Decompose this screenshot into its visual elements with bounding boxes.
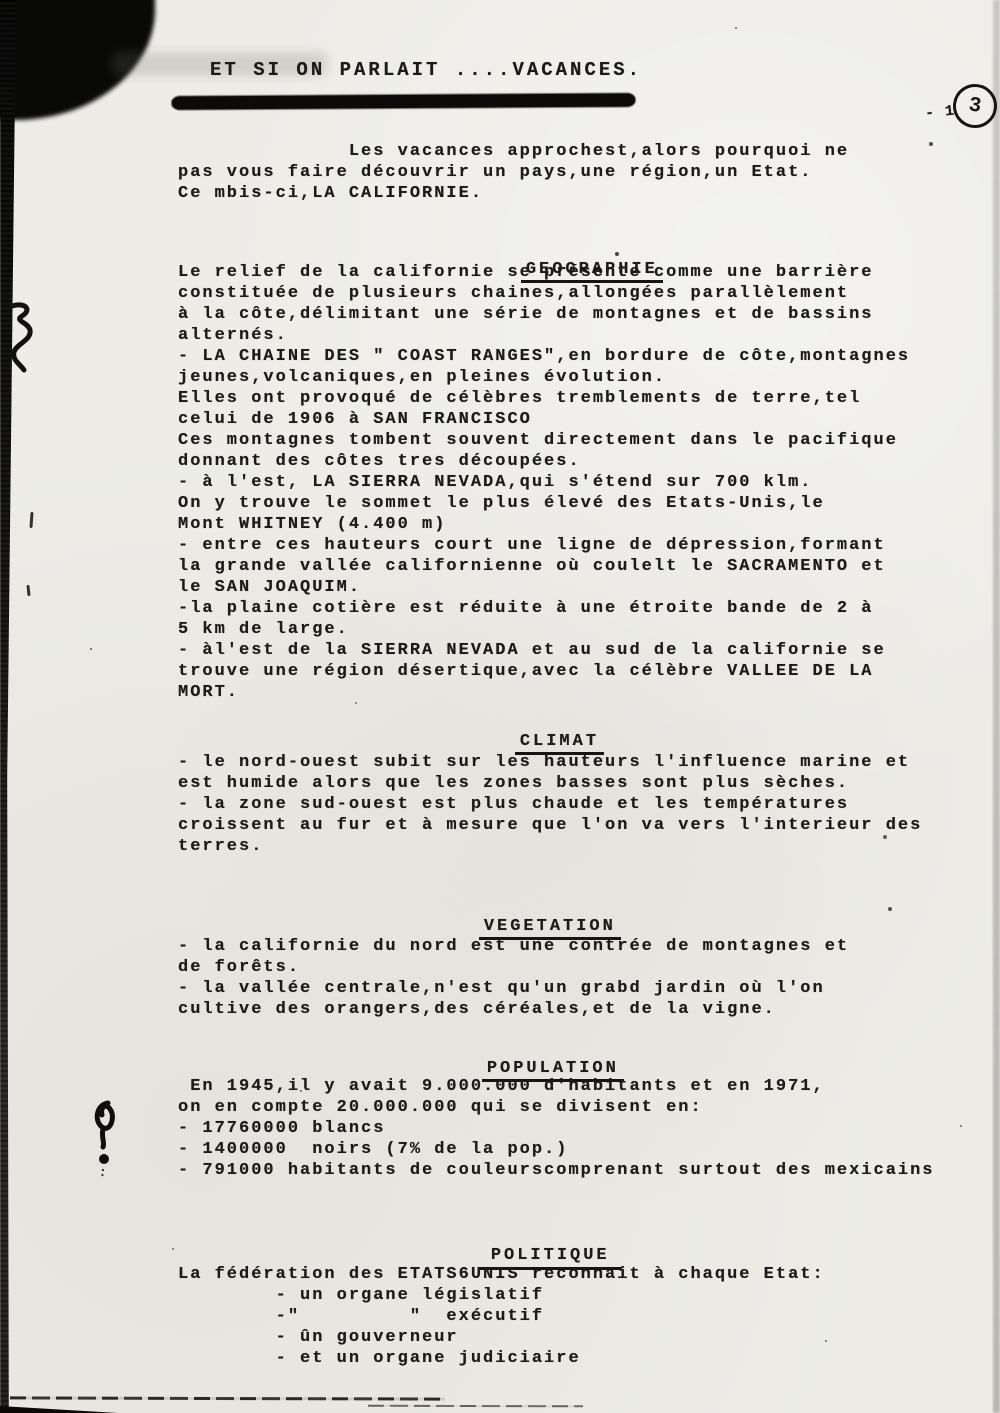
text-line: Mont WHITNEY (4.400 m) — [178, 514, 910, 535]
text-line: Ce mbis-ci,LA CALIFORNIE. — [178, 183, 849, 204]
margin-tick-mark — [26, 585, 30, 596]
text-line: celui de 1906 à SAN FRANCISCO — [178, 409, 910, 430]
text-line: 5 km de large. — [178, 619, 910, 640]
text-line: trouve une région désertique,avec la cél… — [178, 661, 910, 682]
document-title: ET SI ON PARLAIT ....VACANCES. — [210, 60, 642, 81]
text-line: - la californie du nord est une contrée … — [178, 936, 849, 957]
text-line: - 1400000 noirs (7% de la pop.) — [178, 1139, 935, 1160]
text-line: pas vous faire découvrir un pays,une rég… — [178, 162, 849, 183]
text-line: -la plaine cotière est réduite à une étr… — [178, 598, 910, 619]
handwritten-margin-mark — [6, 300, 51, 375]
title-underline-bar — [172, 93, 635, 109]
text-line: de forêts. — [178, 957, 849, 978]
text-line: La fédération des ETATS6UNIS reconnait à… — [178, 1264, 825, 1285]
text-line: donnant des côtes tres découpées. — [178, 451, 910, 472]
text-line: -" " exécutif — [178, 1306, 825, 1327]
text-line: MORT. — [178, 682, 910, 703]
text-line: - à l'est, LA SIERRA NEVADA,qui s'étend … — [178, 472, 910, 493]
section-body-vegetation: - la californie du nord est une contrée … — [178, 936, 849, 1020]
page-number: 3 — [967, 94, 983, 119]
margin-tick-mark — [29, 512, 33, 528]
text-line: Ces montagnes tombent souvent directemen… — [178, 430, 910, 451]
section-body-population: En 1945,il y avait 9.000.000 d'habitants… — [178, 1076, 935, 1181]
text-line: le SAN JOAQUIM. — [178, 577, 910, 598]
text-line: Elles ont provoqué de célèbres trembleme… — [178, 388, 910, 409]
text-line: croissent au fur et à mesure que l'on va… — [178, 815, 922, 836]
text-line: jeunes,volcaniques,en pleines évolution. — [178, 367, 910, 388]
text-line: On y trouve le sommet le plus élevé des … — [178, 493, 910, 514]
page-margin-note: - 1 — [924, 100, 956, 124]
scan-bottom-line-2 — [368, 1405, 583, 1408]
text-line: - 17760000 blancs — [178, 1118, 935, 1139]
text-line: - entre ces hauteurs court une ligne de … — [178, 535, 910, 556]
section-body-climat: - le nord-ouest subit sur les hauteurs l… — [178, 752, 922, 857]
handwritten-margin-loop — [88, 1095, 128, 1185]
text-line: la grande vallée californienne où coulel… — [178, 556, 910, 577]
intro-paragraph: Les vacances approchest,alors pourquoi n… — [178, 141, 849, 204]
text-line: est humide alors que les zones basses so… — [178, 773, 922, 794]
text-line: - la vallée centrale,n'est qu'un grabd j… — [178, 978, 849, 999]
section-body-politique: La fédération des ETATS6UNIS reconnait à… — [178, 1264, 825, 1369]
text-line: Le relief de la californie se présente c… — [178, 262, 910, 283]
text-line: - et un organe judiciaire — [178, 1348, 825, 1369]
text-line: constituée de plusieurs chaines,allongée… — [178, 283, 910, 304]
scanned-document-page: ET SI ON PARLAIT ....VACANCES. - 1 3 Les… — [0, 0, 1000, 1413]
text-line: on en compte 20.000.000 qui se divisent … — [178, 1097, 935, 1118]
text-line: - la zone sud-ouest est plus chaude et l… — [178, 794, 922, 815]
section-body-geographie: Le relief de la californie se présente c… — [178, 262, 910, 703]
scan-bottom-line — [10, 1396, 445, 1400]
text-line: - un organe législatif — [178, 1285, 825, 1306]
text-line: terres. — [178, 836, 922, 857]
text-line: - ûn gouverneur — [178, 1327, 825, 1348]
scan-left-edge-artifact — [0, 0, 16, 1413]
text-line: - àl'est de la SIERRA NEVADA et au sud d… — [178, 640, 910, 661]
text-line: alternés. — [178, 325, 910, 346]
text-line: cultive des orangers,des céréales,et de … — [178, 999, 849, 1020]
text-line: - le nord-ouest subit sur les hauteurs l… — [178, 752, 922, 773]
text-line: - LA CHAINE DES " COAST RANGES",en bordu… — [178, 346, 910, 367]
ink-specks — [0, 0, 2, 2]
text-line: En 1945,il y avait 9.000.000 d'habitants… — [178, 1076, 935, 1097]
scan-right-edge-artifact — [993, 0, 1000, 1413]
scan-bottom-corner-artifact — [0, 1406, 118, 1413]
text-line: - 791000 habitants de couleurscomprenant… — [178, 1160, 935, 1181]
text-line: à la côte,délimitant une série de montag… — [178, 304, 910, 325]
text-line: Les vacances approchest,alors pourquoi n… — [178, 141, 849, 162]
